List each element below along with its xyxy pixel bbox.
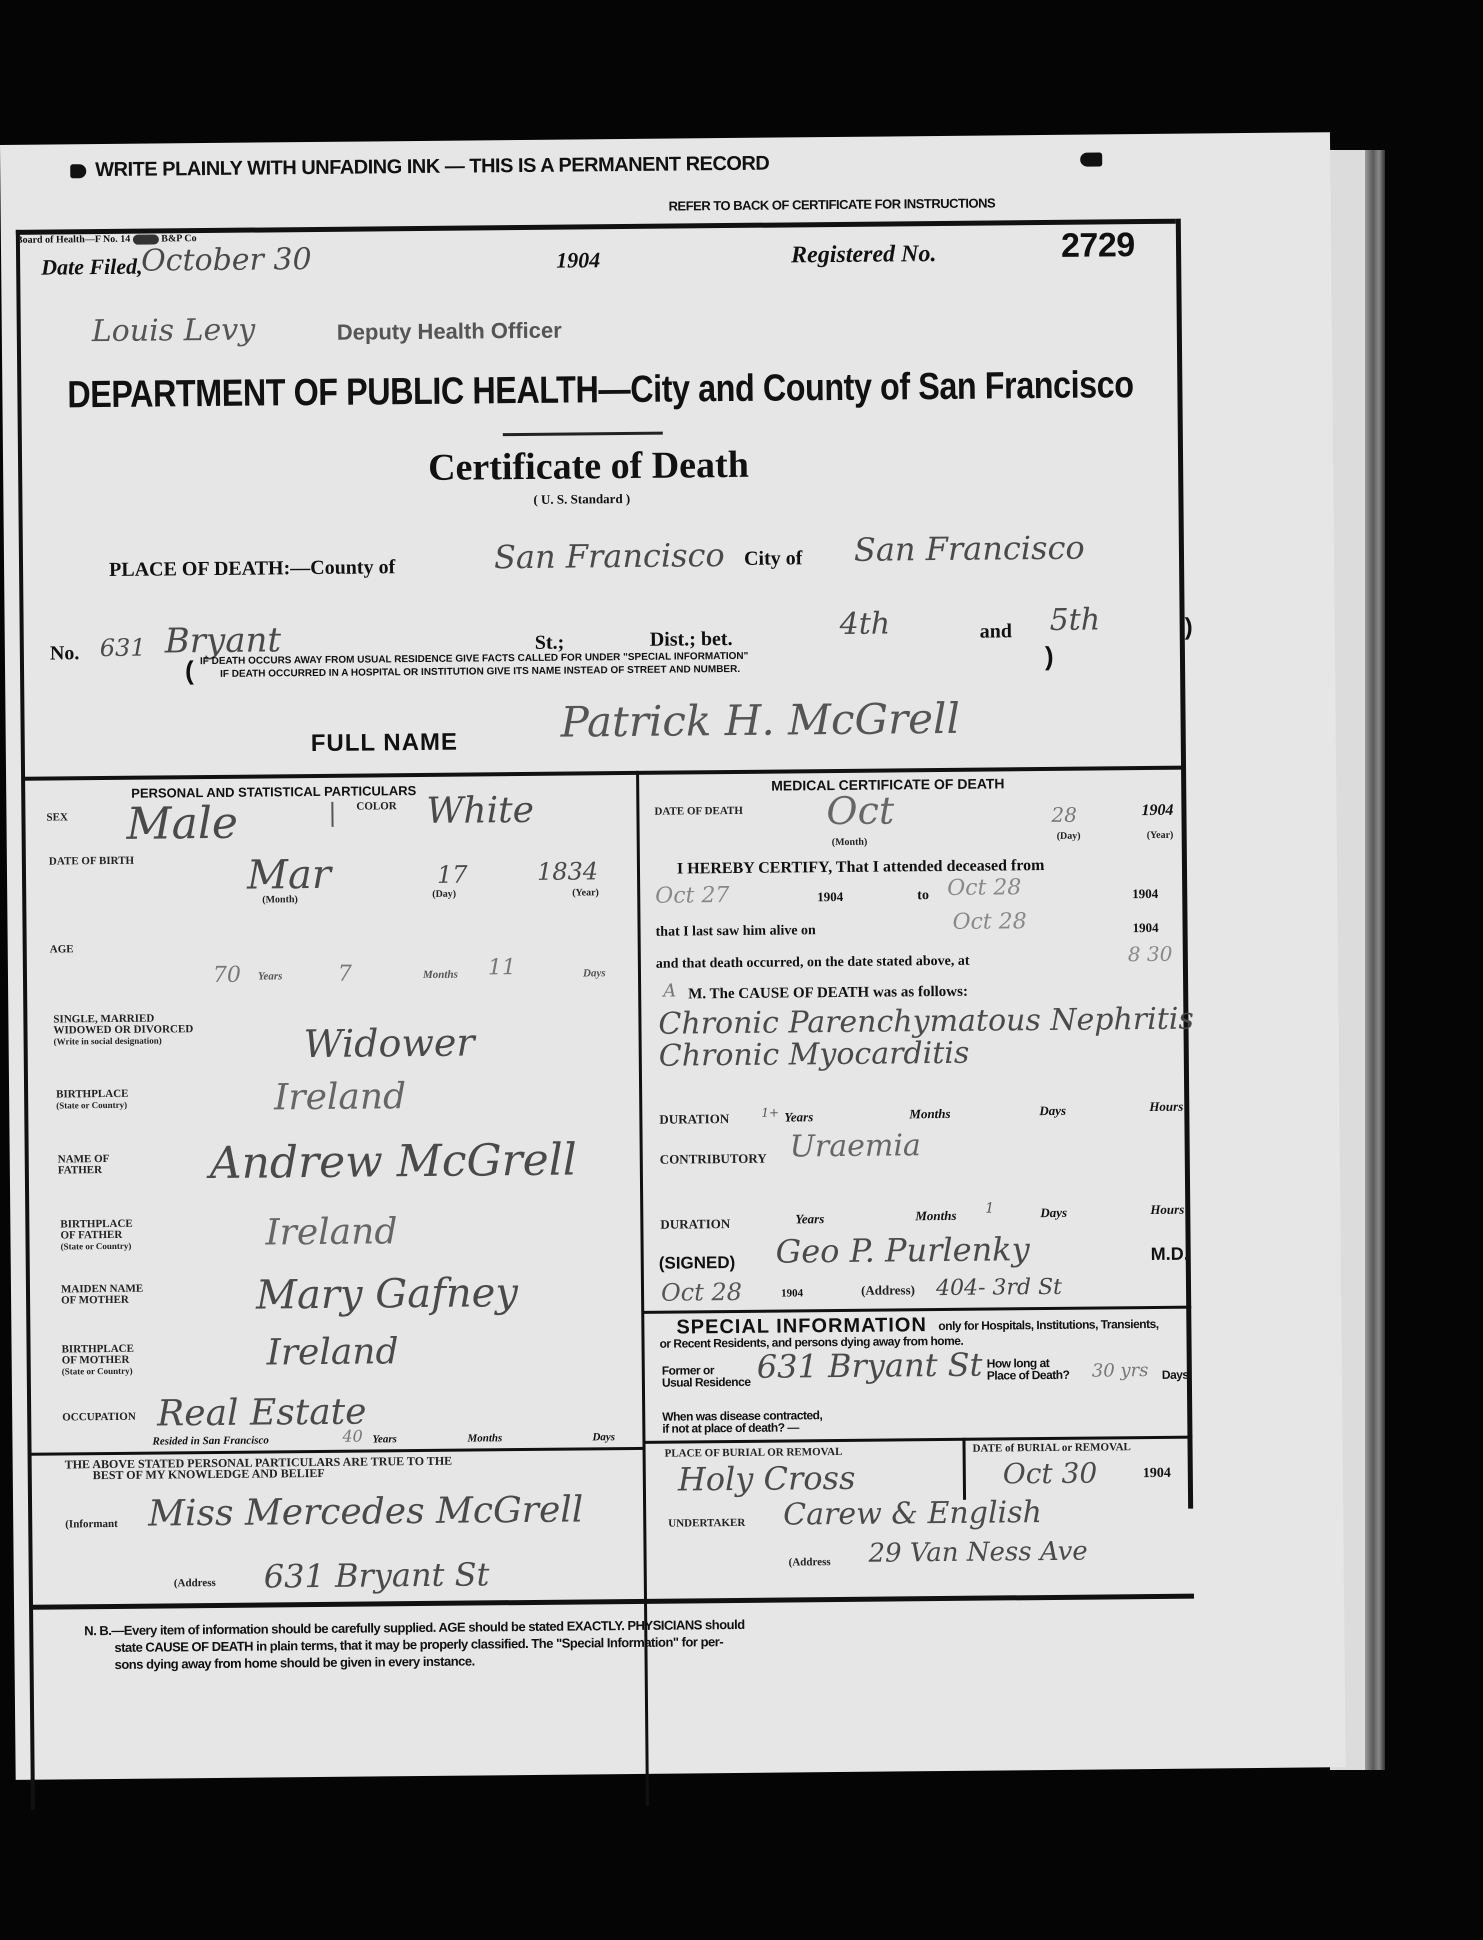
street-label: St.; bbox=[535, 632, 565, 655]
resided-months-label: Months bbox=[467, 1432, 502, 1444]
attestation: THE ABOVE STATED PERSONAL PARTICULARS AR… bbox=[65, 1456, 453, 1482]
contributory-value: Uraemia bbox=[789, 1128, 921, 1164]
dob-month-caption: (Month) bbox=[262, 894, 298, 905]
residence-label: Former or Usual Residence bbox=[662, 1364, 751, 1389]
physician-address: 404- 3rd St bbox=[936, 1275, 1062, 1301]
warning-header: WRITE PLAINLY WITH UNFADING INK — THIS I… bbox=[95, 153, 769, 182]
book-binding bbox=[1365, 150, 1385, 1770]
last-saw-label: that I last saw him alive on bbox=[656, 923, 816, 941]
signed-label: (SIGNED) bbox=[659, 1253, 736, 1274]
how-long-value: 30 yrs bbox=[1092, 1360, 1149, 1382]
informant-name: Miss Mercedes McGrell bbox=[148, 1489, 584, 1534]
father-label: NAME OF FATHER bbox=[58, 1154, 110, 1176]
pointing-hand-icon-right bbox=[1080, 152, 1102, 166]
street-number: 631 bbox=[100, 634, 146, 662]
duration-label-1: DURATION bbox=[659, 1113, 729, 1125]
attended-to: Oct 28 bbox=[947, 875, 1021, 901]
burial-year: 1904 bbox=[1143, 1466, 1171, 1482]
dod-year: 1904 bbox=[1141, 802, 1173, 820]
sex-value: Male bbox=[126, 798, 238, 850]
officer-signature: Louis Levy bbox=[92, 313, 256, 350]
marital-label: SINGLE, MARRIED WIDOWED OR DIVORCED (Wri… bbox=[53, 1013, 193, 1047]
cause-secondary: Chronic Myocarditis bbox=[659, 1036, 970, 1074]
resided-years: 40 bbox=[342, 1427, 363, 1446]
md-label: M.D. bbox=[1151, 1244, 1189, 1265]
pointing-hand-icon bbox=[70, 164, 86, 178]
registered-number: 2729 bbox=[1061, 226, 1135, 266]
dob-day-caption: (Day) bbox=[432, 889, 456, 900]
contracted-label: When was disease contracted, if not at p… bbox=[662, 1409, 822, 1435]
father-value: Andrew McGrell bbox=[210, 1135, 578, 1190]
dob-month: Mar bbox=[247, 852, 331, 899]
birthplace-value: Ireland bbox=[274, 1076, 406, 1118]
frame-left bbox=[16, 230, 35, 1810]
street-no-label: No. bbox=[50, 642, 80, 665]
cause-label: M. The CAUSE OF DEATH was as follows: bbox=[688, 984, 968, 1004]
signed-year: 1904 bbox=[781, 1287, 803, 1299]
paren-open-note: ( bbox=[185, 655, 194, 686]
district-label: Dist.; bet. bbox=[650, 628, 733, 652]
father-birthplace-label: BIRTHPLACE OF FATHER (State or Country) bbox=[60, 1219, 133, 1253]
attended-to-year: 1904 bbox=[1132, 886, 1158, 902]
attended-from-year: 1904 bbox=[817, 889, 843, 905]
special-note-1: only for Hospitals, Institutions, Transi… bbox=[938, 1317, 1158, 1333]
and-label: and bbox=[980, 620, 1012, 643]
footnote: N. B.—Every item of information should b… bbox=[84, 1616, 745, 1673]
special-rule bbox=[643, 1306, 1191, 1314]
duration-1-years: 1+ bbox=[761, 1106, 779, 1120]
dod-label: DATE OF DEATH bbox=[654, 806, 743, 818]
registered-label: Registered No. bbox=[791, 241, 937, 269]
certificate-title: Certificate of Death bbox=[428, 443, 749, 490]
mother-value: Mary Gafney bbox=[256, 1270, 518, 1319]
marital-value: Widower bbox=[303, 1020, 474, 1066]
full-name-value: Patrick H. McGrell bbox=[560, 694, 960, 747]
duration-2-years-label: Years bbox=[795, 1211, 824, 1227]
how-long-label: How long at Place of Death? bbox=[987, 1357, 1070, 1382]
date-filed-year: 1904 bbox=[556, 247, 600, 273]
contributory-label: CONTRIBUTORY bbox=[660, 1153, 767, 1165]
burial-date-label: DATE of BURIAL or REMOVAL bbox=[973, 1442, 1131, 1455]
birthplace-label: BIRTHPLACE (State or Country) bbox=[56, 1089, 129, 1112]
between-street-1: 4th bbox=[839, 606, 890, 641]
to-label: to bbox=[917, 888, 929, 904]
meridiem: A bbox=[663, 981, 676, 1002]
occurred-label: and that death occurred, on the date sta… bbox=[656, 954, 970, 973]
burial-place-label: PLACE OF BURIAL OR REMOVAL bbox=[665, 1447, 843, 1460]
duration-2-months: 1 bbox=[985, 1201, 994, 1217]
dob-year: 1834 bbox=[537, 857, 598, 886]
burial-place-value: Holy Cross bbox=[678, 1459, 856, 1499]
paren-close: ) bbox=[1185, 614, 1193, 642]
between-street-2: 5th bbox=[1049, 602, 1100, 637]
duration-1-years-label: Years bbox=[784, 1109, 813, 1125]
duration-2-hours-label: Hours bbox=[1150, 1202, 1184, 1218]
frame-right bbox=[1176, 219, 1193, 1509]
occupation-value: Real Estate bbox=[157, 1392, 367, 1435]
resided-years-label: Years bbox=[372, 1433, 397, 1445]
age-days: 11 bbox=[488, 955, 516, 980]
standard-note: ( U. S. Standard ) bbox=[533, 491, 630, 508]
city-label: City of bbox=[744, 547, 803, 571]
dod-day-caption: (Day) bbox=[1057, 831, 1081, 842]
signed-date: Oct 28 bbox=[661, 1278, 742, 1307]
duration-1-hours-label: Hours bbox=[1149, 1099, 1183, 1115]
residence-value: 631 Bryant St bbox=[757, 1346, 983, 1386]
age-months: 7 bbox=[338, 962, 352, 987]
residence-note-2: IF DEATH OCCURRED IN A HOSPITAL OR INSTI… bbox=[220, 664, 740, 680]
date-filed-value: October 30 bbox=[141, 242, 312, 279]
physician-signature: Geo P. Purlenky bbox=[775, 1230, 1029, 1270]
county-value: San Francisco bbox=[494, 536, 725, 576]
age-months-label: Months bbox=[423, 969, 458, 981]
burial-date: Oct 30 bbox=[1003, 1457, 1098, 1491]
color-label: COLOR bbox=[356, 801, 396, 812]
mother-birthplace-label: BIRTHPLACE OF MOTHER (State or Country) bbox=[62, 1344, 135, 1378]
dod-day: 28 bbox=[1051, 803, 1077, 827]
age-label: AGE bbox=[50, 944, 74, 955]
mother-label: MAIDEN NAME OF MOTHER bbox=[61, 1284, 143, 1307]
paren-close-note: ) bbox=[1045, 641, 1054, 672]
resided-label: Resided in San Francisco bbox=[152, 1434, 269, 1447]
burial-divider bbox=[962, 1438, 966, 1500]
dod-year-caption: (Year) bbox=[1147, 830, 1174, 841]
title-rule bbox=[503, 432, 663, 437]
time-of-death: 8 30 bbox=[1128, 942, 1173, 966]
dob-day: 17 bbox=[437, 861, 468, 889]
color-value: White bbox=[426, 790, 534, 832]
place-of-death-label: PLACE OF DEATH:—County of bbox=[109, 556, 395, 582]
undertaker-address: 29 Van Ness Ave bbox=[868, 1537, 1087, 1569]
section-rule bbox=[24, 766, 1184, 781]
informant-label: (Informant bbox=[65, 1519, 118, 1531]
dob-year-caption: (Year) bbox=[572, 887, 599, 898]
physician-address-label: (Address) bbox=[861, 1284, 915, 1296]
occupation-label: OCCUPATION bbox=[62, 1412, 136, 1424]
bottom-rule bbox=[32, 1594, 1194, 1610]
informant-address-label: (Address bbox=[174, 1578, 216, 1589]
mother-birthplace-value: Ireland bbox=[266, 1331, 398, 1373]
duration-2-months-label: Months bbox=[915, 1208, 956, 1224]
sex-color-divider bbox=[331, 802, 333, 827]
dob-label: DATE OF BIRTH bbox=[49, 856, 134, 868]
header-rule bbox=[16, 219, 1176, 235]
age-years: 70 bbox=[213, 963, 241, 988]
date-filed-label: Date Filed, bbox=[41, 254, 143, 281]
last-saw-date: Oct 28 bbox=[952, 909, 1026, 935]
full-name-label: FULL NAME bbox=[311, 729, 458, 758]
instructions-note: REFER TO BACK OF CERTIFICATE FOR INSTRUC… bbox=[669, 195, 996, 213]
age-years-label: Years bbox=[258, 970, 283, 982]
duration-1-months-label: Months bbox=[909, 1106, 950, 1122]
age-days-label: Days bbox=[583, 967, 606, 979]
department-title: DEPARTMENT OF PUBLIC HEALTH—City and Cou… bbox=[67, 364, 1134, 417]
informant-address: 631 Bryant St bbox=[264, 1555, 490, 1595]
undertaker-address-label: (Address bbox=[789, 1557, 831, 1568]
officer-title: Deputy Health Officer bbox=[337, 318, 562, 346]
dod-month-caption: (Month) bbox=[832, 837, 868, 848]
death-certificate-page: WRITE PLAINLY WITH UNFADING INK — THIS I… bbox=[0, 132, 1346, 1780]
father-birthplace-value: Ireland bbox=[265, 1211, 397, 1253]
resided-days-label: Days bbox=[592, 1431, 615, 1443]
undertaker-label: UNDERTAKER bbox=[668, 1518, 745, 1530]
duration-1-days-label: Days bbox=[1039, 1103, 1066, 1119]
dod-month: Oct bbox=[826, 788, 894, 833]
how-long-days-label: Days bbox=[1162, 1368, 1189, 1382]
undertaker-value: Carew & English bbox=[783, 1495, 1042, 1532]
sex-label: SEX bbox=[46, 812, 68, 823]
attended-from: Oct 27 bbox=[655, 883, 729, 909]
last-saw-year: 1904 bbox=[1132, 920, 1158, 936]
city-value: San Francisco bbox=[854, 529, 1085, 569]
duration-2-days-label: Days bbox=[1040, 1205, 1067, 1221]
duration-label-2: DURATION bbox=[660, 1218, 730, 1230]
